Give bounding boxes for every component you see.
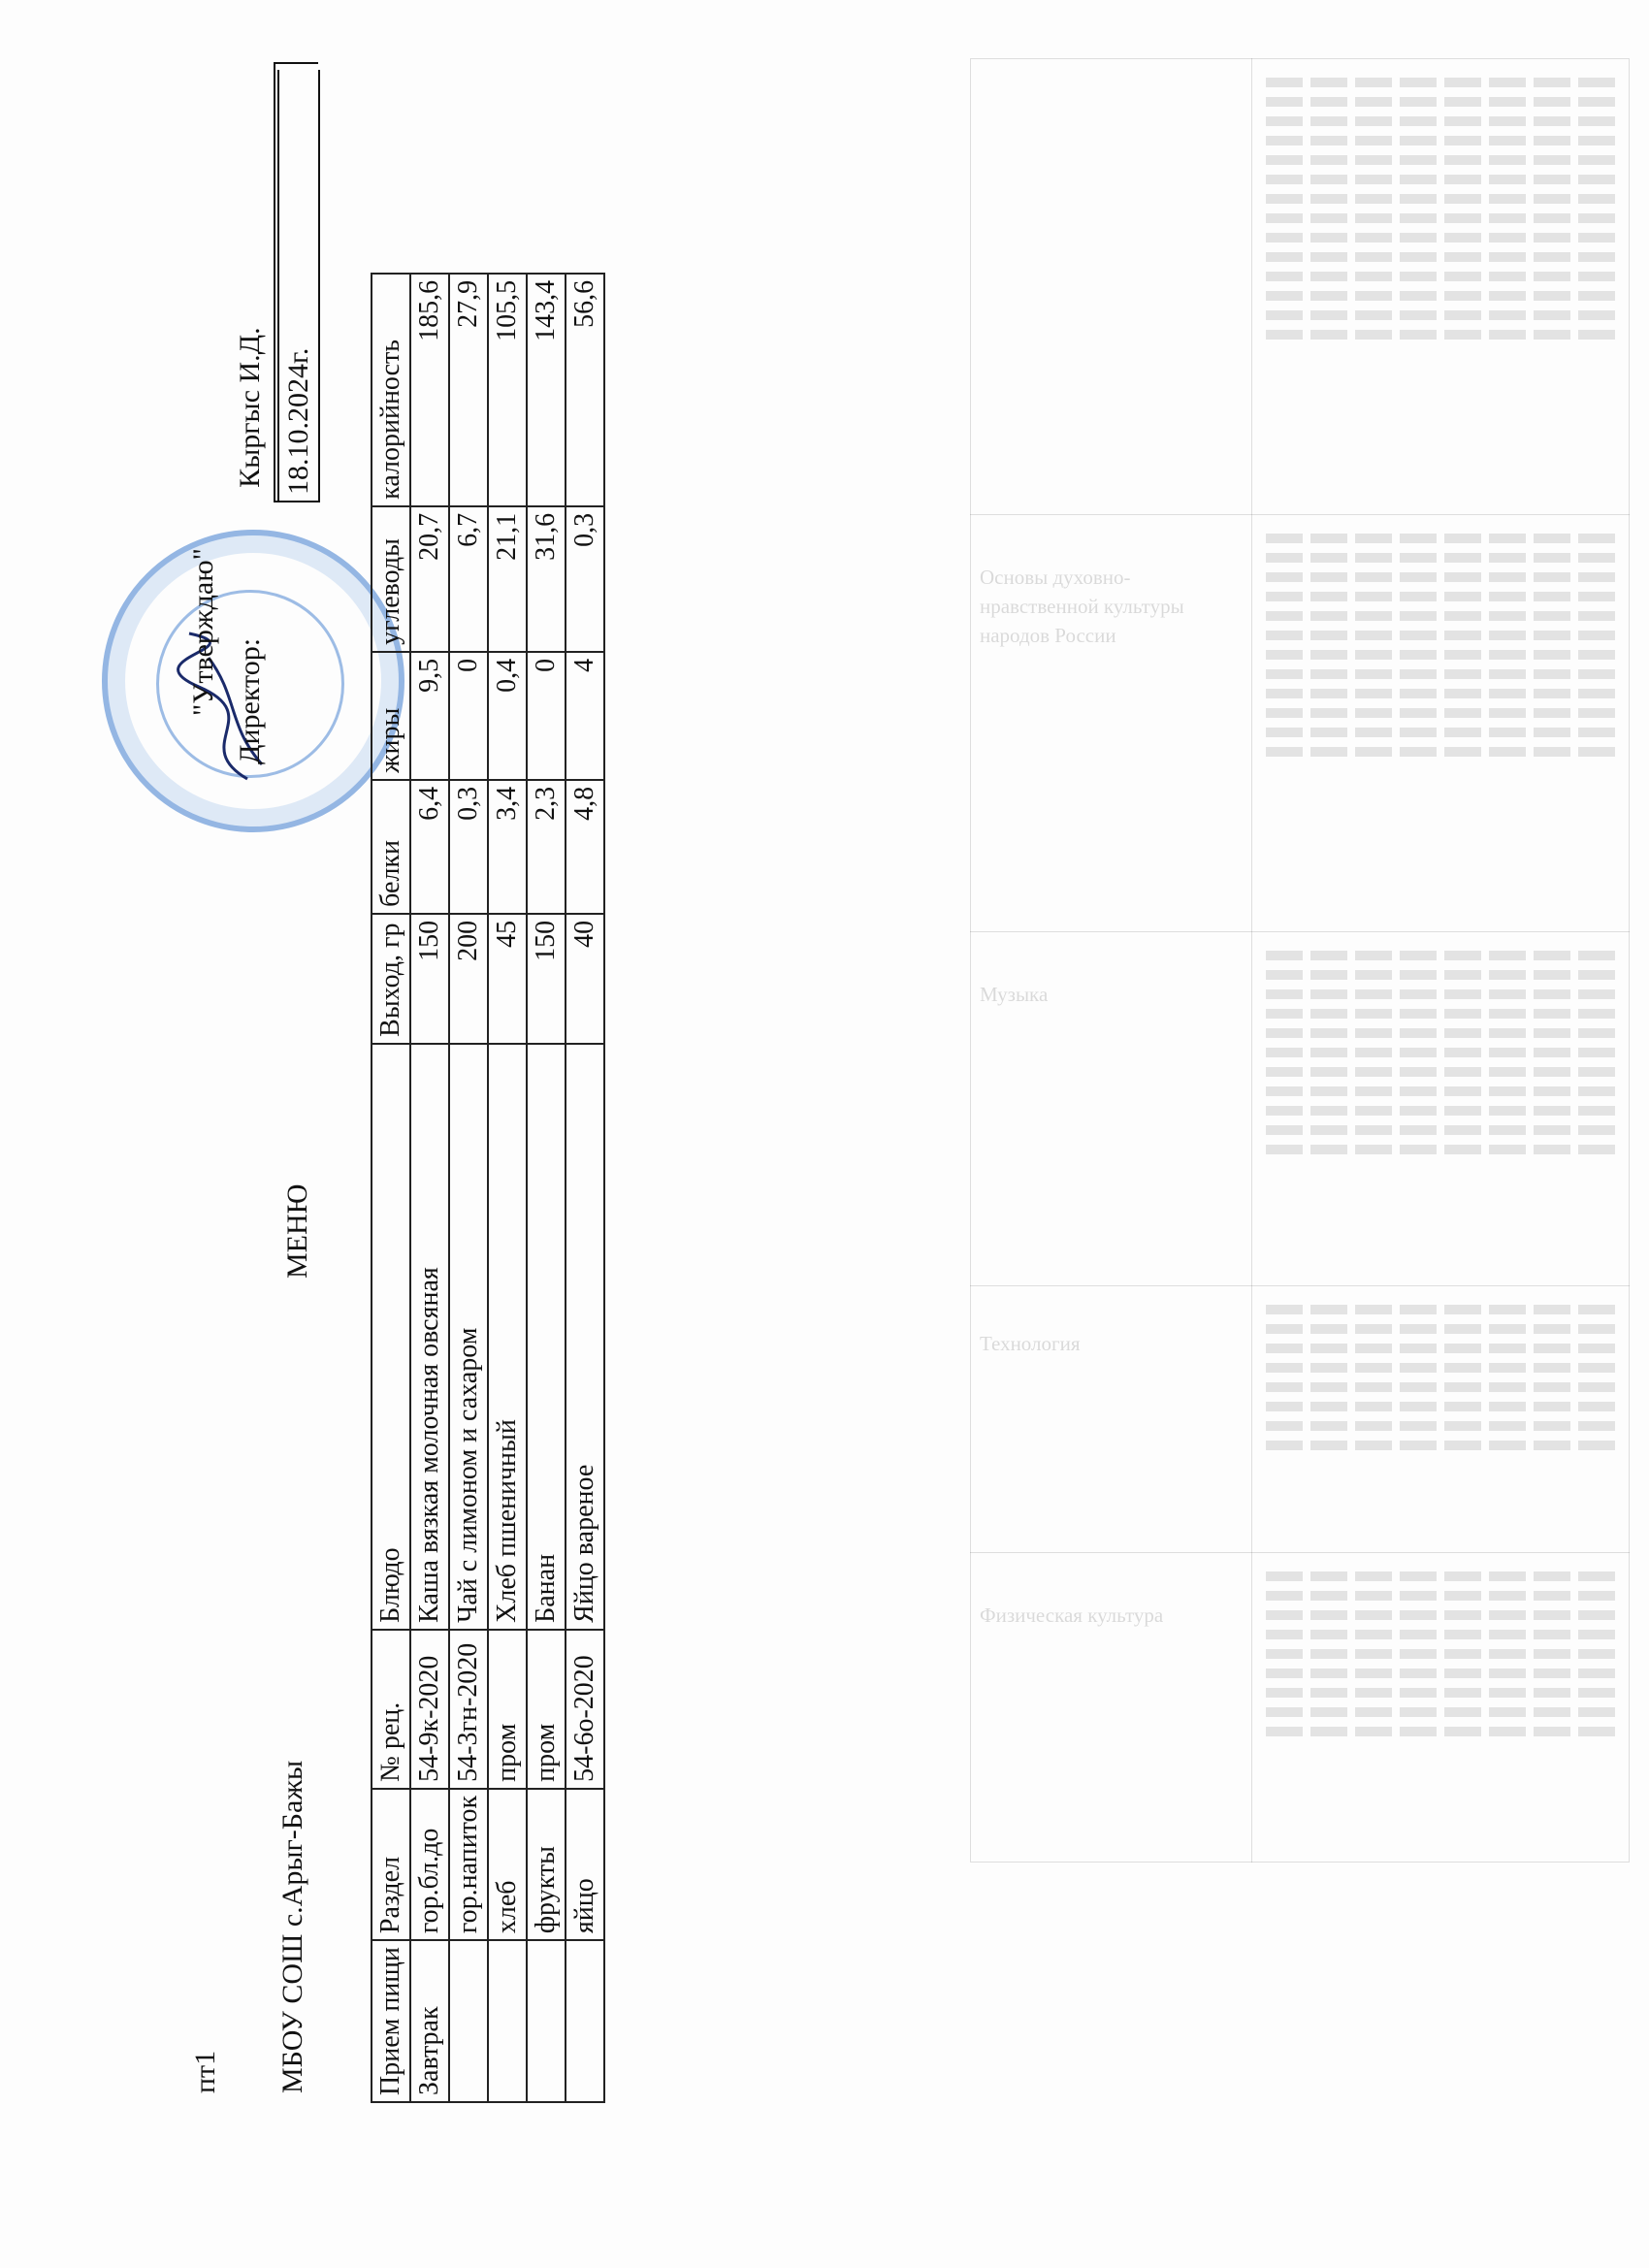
cell-protein: 4,8	[566, 780, 604, 914]
cell-meal	[449, 1940, 488, 2102]
cell-carbs: 0,3	[566, 506, 604, 652]
cell-protein: 0,3	[449, 780, 488, 914]
cell-dish: Хлеб пшеничный	[488, 1044, 527, 1630]
cell-dish: Чай с лимоном и сахаром	[449, 1044, 488, 1630]
director-line: Директор: Кыргыс И.Д.	[231, 327, 270, 764]
table-row: Завтракгор.бл.до54-9к-2020Каша вязкая мо…	[410, 274, 449, 2102]
cell-fat: 0,4	[488, 652, 527, 780]
cell-meal	[488, 1940, 527, 2102]
ghost-text-block	[1266, 1295, 1620, 1460]
approval-date: 18.10.2024г.	[277, 70, 320, 502]
cell-dish: Каша вязкая молочная овсяная	[410, 1044, 449, 1630]
director-name: Кыргыс И.Д.	[234, 327, 266, 488]
ghost-label: Основы духовно-нравственной культуры нар…	[980, 563, 1242, 650]
cell-protein: 2,3	[527, 780, 566, 914]
ghost-column-divider	[1251, 58, 1252, 1863]
cell-calories: 185,6	[410, 274, 449, 506]
ghost-label: Музыка	[980, 980, 1242, 1009]
cell-output: 45	[488, 914, 527, 1044]
col-header-meal: Прием пищи	[372, 1940, 410, 2102]
ghost-row-divider	[970, 1285, 1630, 1286]
cell-calories: 27,9	[449, 274, 488, 506]
ghost-text-block	[1266, 524, 1620, 766]
cell-output: 150	[527, 914, 566, 1044]
ghost-text-block	[1266, 941, 1620, 1164]
cell-meal: Завтрак	[410, 1940, 449, 2102]
table-row: гор.напиток54-3гн-2020Чай с лимоном и са…	[449, 274, 488, 2102]
cell-calories: 56,6	[566, 274, 604, 506]
director-label: Директор:	[234, 638, 266, 764]
col-header-recipe: № рец.	[372, 1630, 410, 1789]
page-title: МЕНЮ	[281, 1184, 314, 1280]
cell-fat: 0	[449, 652, 488, 780]
table-row: хлебпромХлеб пшеничный453,40,421,1105,5	[488, 274, 527, 2102]
table-row: фруктыпромБанан1502,3031,6143,4	[527, 274, 566, 2102]
menu-table: Прием пищи Раздел № рец. Блюдо Выход, гр…	[371, 273, 605, 2103]
cell-protein: 6,4	[410, 780, 449, 914]
cell-recipe: пром	[488, 1630, 527, 1789]
cell-section: яйцо	[566, 1789, 604, 1940]
col-header-output: Выход, гр	[372, 914, 410, 1044]
cell-output: 150	[410, 914, 449, 1044]
ghost-row-divider	[970, 1552, 1630, 1553]
ghost-label: Технология	[980, 1329, 1242, 1358]
cell-section: гор.бл.до	[410, 1789, 449, 1940]
cell-recipe: 54-9к-2020	[410, 1630, 449, 1789]
col-header-carbs: углеводы	[372, 506, 410, 652]
cell-dish: Банан	[527, 1044, 566, 1630]
col-header-section: Раздел	[372, 1789, 410, 1940]
cell-recipe: пром	[527, 1630, 566, 1789]
col-header-protein: белки	[372, 780, 410, 914]
table-header-row: Прием пищи Раздел № рец. Блюдо Выход, гр…	[372, 274, 410, 2102]
ghost-row-divider	[970, 931, 1630, 932]
cell-recipe: 54-3гн-2020	[449, 1630, 488, 1789]
cell-meal	[566, 1940, 604, 2102]
ghost-text-block	[1266, 1562, 1620, 1746]
cell-carbs: 6,7	[449, 506, 488, 652]
cell-carbs: 21,1	[488, 506, 527, 652]
cell-carbs: 20,7	[410, 506, 449, 652]
cell-section: фрукты	[527, 1789, 566, 1940]
cell-output: 200	[449, 914, 488, 1044]
cell-fat: 9,5	[410, 652, 449, 780]
col-header-calories: калорийность	[372, 274, 410, 506]
col-header-fat: жиры	[372, 652, 410, 780]
rotated-page: пт1 МБОУ СОШ с.Арыг-Бажы МЕНЮ "Утверждаю…	[0, 0, 970, 2268]
cell-output: 40	[566, 914, 604, 1044]
bleed-through-layer: Основы духовно-нравственной культуры нар…	[970, 58, 1630, 1863]
col-header-dish: Блюдо	[372, 1044, 410, 1630]
cell-calories: 105,5	[488, 274, 527, 506]
cell-carbs: 31,6	[527, 506, 566, 652]
ghost-label: Физическая культура	[980, 1601, 1242, 1630]
cell-fat: 4	[566, 652, 604, 780]
cell-recipe: 54-6о-2020	[566, 1630, 604, 1789]
cell-meal	[527, 1940, 566, 2102]
cell-calories: 143,4	[527, 274, 566, 506]
school-name: МБОУ СОШ с.Арыг-Бажы	[276, 1761, 309, 2093]
ghost-row-divider	[970, 514, 1630, 515]
table-row: яйцо54-6о-2020Яйцо вареное404,840,356,6	[566, 274, 604, 2102]
approval-label: "Утверждаю"	[184, 548, 223, 716]
cell-protein: 3,4	[488, 780, 527, 914]
cell-section: гор.напиток	[449, 1789, 488, 1940]
day-code: пт1	[189, 2051, 222, 2093]
ghost-text-block	[1266, 68, 1620, 349]
cell-dish: Яйцо вареное	[566, 1044, 604, 1630]
cell-section: хлеб	[488, 1789, 527, 1940]
cell-fat: 0	[527, 652, 566, 780]
